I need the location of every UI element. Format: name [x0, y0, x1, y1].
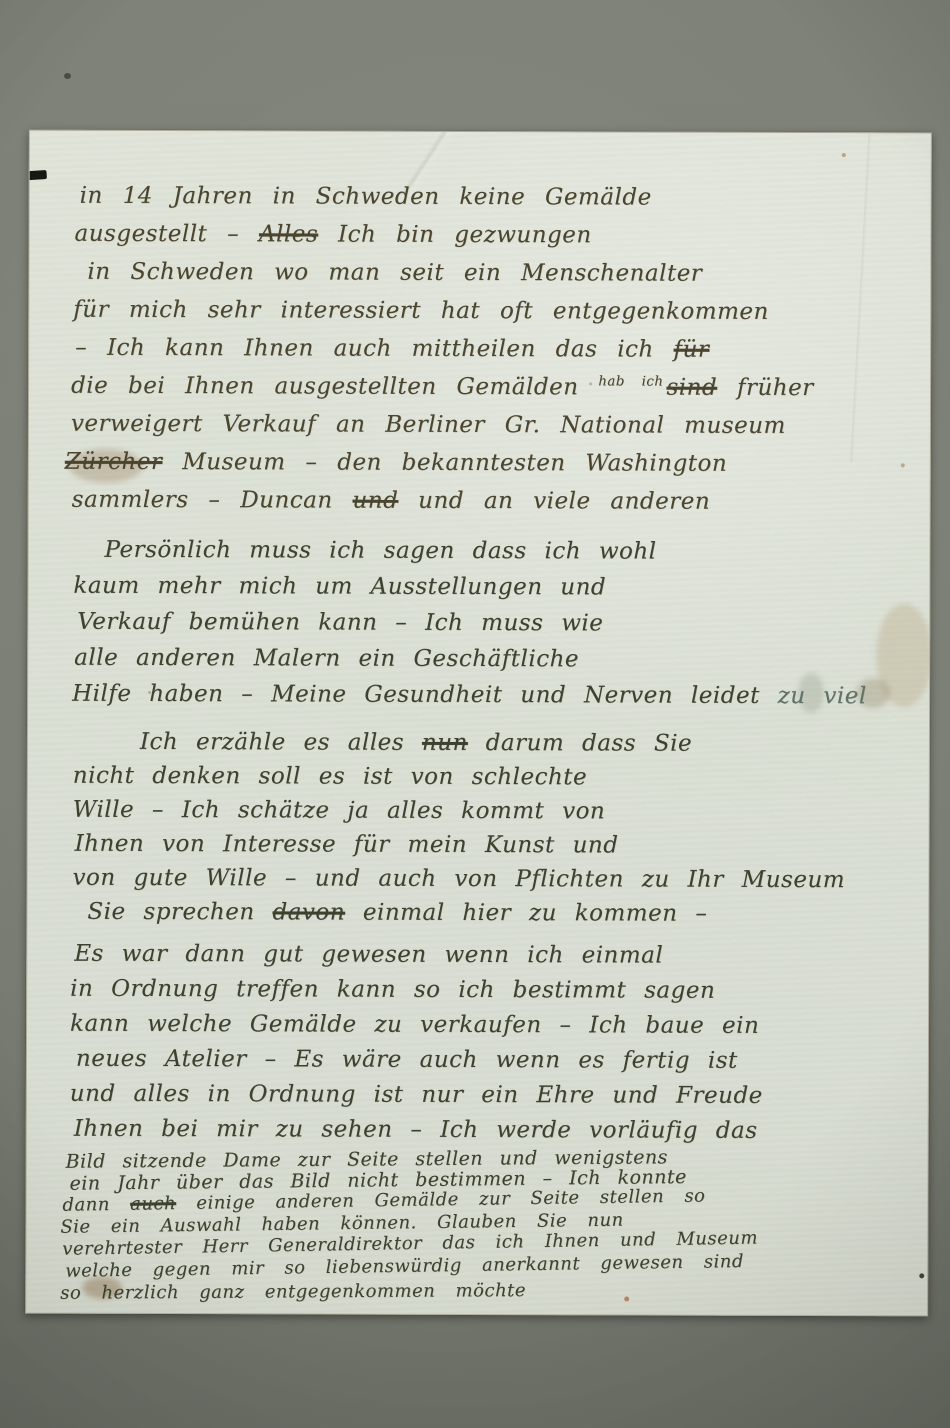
letter-lines: in 14 Jahren in Schweden keine Gemäldeau…: [26, 183, 931, 1308]
handwritten-text: und alles in Ordnung ist nur ein Ehre un…: [70, 1081, 763, 1109]
struck-word: Alles: [259, 221, 318, 247]
letter-line: von gute Wille – und auch von Pflichten …: [72, 865, 928, 902]
handwritten-text: die bei Ihnen ausgestellten Gemälden: [71, 373, 598, 401]
foxing-spot: [842, 153, 846, 157]
letter-line: ausgestellt – Alles Ich bin gezwungen: [74, 221, 930, 262]
struck-word: für: [674, 337, 710, 363]
letter-paper: in 14 Jahren in Schweden keine Gemäldeau…: [25, 130, 932, 1317]
handwritten-text: Es war dann gut gewesen wenn ich einmal: [74, 941, 663, 969]
letter-line: Wille – Ich schätze ja alles kommt von: [73, 797, 929, 834]
handwritten-text: Wille – Ich schätze ja alles kommt von: [73, 797, 606, 825]
letter-line: sammlers – Duncan und und an viele ander…: [72, 487, 930, 528]
handwritten-text: Ihnen von Interesse für mein Kunst und: [75, 831, 619, 859]
letter-line: Ihnen von Interesse für mein Kunst und: [75, 831, 929, 868]
letter-line: Persönlich muss ich sagen dass ich wohl: [104, 537, 929, 576]
letter-line: alle anderen Malern ein Geschäftliche: [74, 645, 929, 684]
handwritten-text: Sie sprechen: [87, 899, 272, 926]
handwritten-text: kann welche Gemälde zu verkaufen – Ich b…: [70, 1011, 759, 1039]
handwritten-text: dann: [62, 1194, 130, 1216]
handwritten-text: von gute Wille – und auch von Pflichten …: [72, 865, 845, 893]
handwritten-text: Verkauf bemühen kann – Ich muss wie: [77, 609, 603, 637]
struck-word: nun: [422, 730, 468, 756]
struck-word: sind: [666, 375, 717, 401]
handwritten-text: Persönlich muss ich sagen dass ich wohl: [105, 537, 657, 565]
handwritten-text: in Ordnung treffen kann so ich bestimmt …: [70, 976, 715, 1004]
letter-line: für mich sehr interessiert hat oft entge…: [73, 297, 930, 338]
struck-word: und: [352, 488, 398, 514]
handwritten-text: verweigert Verkauf an Berliner Gr. Natio…: [71, 411, 786, 439]
handwritten-text: so herzlich ganz entgegenkommen möchte: [60, 1280, 526, 1304]
struck-word: auch: [130, 1193, 176, 1215]
edge-notch: [26, 170, 47, 180]
letter-line: Ich erzähle es alles nun darum dass Sie: [140, 729, 929, 765]
struck-word: Zürcher: [65, 449, 163, 475]
handwritten-text: Museum – den bekanntesten Washington: [162, 449, 727, 477]
letter-line: verweigert Verkauf an Berliner Gr. Natio…: [71, 411, 930, 452]
handwritten-text: Ihnen bei mir zu sehen – Ich werde vorlä…: [74, 1116, 758, 1144]
handwritten-text: Hilfe haben – Meine Gesundheit und Nerve…: [72, 681, 778, 709]
handwritten-text: sammlers – Duncan: [72, 487, 353, 514]
letter-line: in Schweden wo man seit ein Menschenalte…: [87, 259, 930, 300]
handwritten-text: – Ich kann Ihnen auch mittheilen das ich: [75, 335, 673, 363]
handwritten-text: alle anderen Malern ein Geschäftliche: [74, 645, 579, 673]
handwritten-text: und an viele anderen: [398, 488, 710, 515]
letter-line: in 14 Jahren in Schweden keine Gemälde: [80, 183, 931, 224]
handwritten-text: für mich sehr interessiert hat oft entge…: [73, 297, 769, 325]
handwritten-text: kaum mehr mich um Ausstellungen und: [73, 573, 606, 601]
handwritten-text: zu viel: [778, 683, 867, 709]
handwritten-text: nicht denken soll es ist von schlechte: [73, 763, 587, 791]
letter-line: Zürcher Museum – den bekanntesten Washin…: [65, 449, 930, 490]
letter-line: nicht denken soll es ist von schlechte: [73, 763, 929, 800]
letter-line: und alles in Ordnung ist nur ein Ehre un…: [70, 1081, 928, 1119]
letter-line: neues Atelier – Es wäre auch wenn es fer…: [76, 1046, 928, 1084]
struck-word: davon: [272, 899, 345, 925]
handwritten-text: ausgestellt –: [74, 221, 258, 248]
handwritten-text: früher: [717, 375, 814, 401]
handwritten-text: einmal hier zu kommen –: [345, 900, 707, 927]
letter-line: kann welche Gemälde zu verkaufen – Ich b…: [70, 1011, 928, 1049]
handwritten-text: in 14 Jahren in Schweden keine Gemälde: [80, 183, 652, 211]
letter-line: Hilfe haben – Meine Gesundheit und Nerve…: [72, 681, 929, 720]
handwritten-text: darum dass Sie: [468, 730, 692, 757]
letter-line: Verkauf bemühen kann – Ich muss wie: [77, 609, 929, 648]
handwritten-text: Ich bin gezwungen: [318, 221, 592, 248]
letter-line: – Ich kann Ihnen auch mittheilen das ich…: [75, 335, 930, 376]
letter-line: die bei Ihnen ausgestellten Gemälden hab…: [71, 373, 930, 414]
handwritten-text: neues Atelier – Es wäre auch wenn es fer…: [76, 1046, 738, 1074]
letter-line: in Ordnung treffen kann so ich bestimmt …: [70, 976, 928, 1014]
handwritten-text: Ich erzähle es alles: [140, 729, 422, 756]
letter-line: Es war dann gut gewesen wenn ich einmal: [74, 941, 928, 979]
letter-line: kaum mehr mich um Ausstellungen und: [73, 573, 929, 612]
letter-line: so herzlich ganz entgegenkommen möchte: [60, 1278, 927, 1305]
handwritten-text: in Schweden wo man seit ein Menschenalte…: [87, 259, 702, 287]
letter-line: Sie sprechen davon einmal hier zu kommen…: [87, 899, 928, 936]
backdrop-speck: [64, 73, 71, 79]
inserted-word: hab ich: [598, 375, 663, 390]
